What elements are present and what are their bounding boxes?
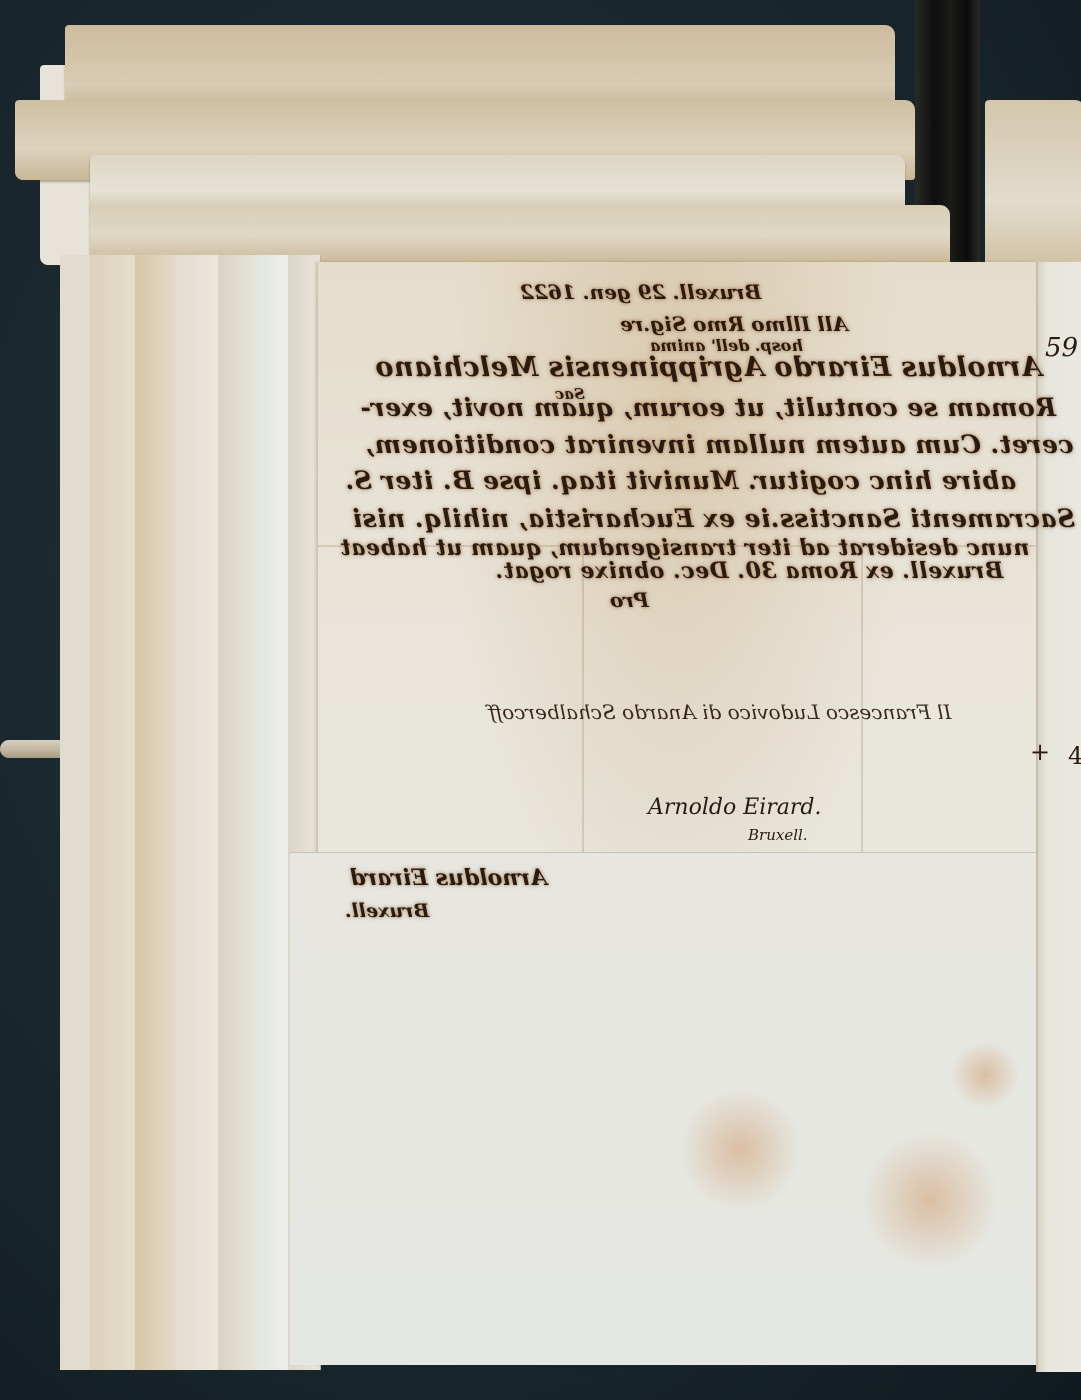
signature-place-mirrored: Bruxell.	[345, 900, 429, 922]
body-line-3: abire hinc cogitur. Munivit itaq. ipse B…	[345, 466, 1016, 495]
addressee-mirrored: Arnoldus Eirardo Agrippinensis Melchiano	[375, 352, 1042, 383]
page-edge-stack	[60, 255, 320, 1370]
margin-partial-mark: 4	[1068, 742, 1081, 770]
foxing-stain	[860, 1130, 1000, 1270]
closing-mirrored: Pro	[610, 588, 649, 612]
signature-name: Arnoldo Eirard.	[648, 795, 822, 820]
foxing-stain	[950, 1040, 1020, 1110]
margin-cross-mark: +	[1030, 738, 1050, 766]
foxing-stain	[680, 1085, 800, 1215]
folio-number: 59	[1045, 333, 1078, 363]
signature-place: Bruxell.	[748, 826, 808, 844]
body-line-6: Bruxell. ex Roma 30. Dec. obnixe rogat.	[495, 558, 1003, 584]
header-salutation-mirrored: All Illmo Rmo Sig.re	[620, 312, 848, 336]
manuscript-photo: Bruxell. 29 gen. 1622 All Illmo Rmo Sig.…	[0, 0, 1081, 1400]
folded-bundle-top	[40, 25, 920, 265]
folded-bundle-right	[985, 100, 1081, 270]
signature-name-mirrored: Arnoldus Eirard	[350, 865, 547, 891]
endorsement-mirrored: Il Francesco Ludovico di Anardo Schalber…	[488, 700, 951, 724]
lower-folded-panel	[290, 852, 1036, 1365]
body-line-2: ceret. Cum autem nullam invenirat condit…	[365, 430, 1074, 459]
header-date-mirrored: Bruxell. 29 gen. 1622	[520, 280, 761, 304]
body-line-1: Romam se contulit, ut eorum, quam novit,…	[360, 393, 1056, 422]
adjacent-folio	[1036, 262, 1081, 1372]
body-line-4: Sacramenti Sanctiss.ie ex Eucharistia, n…	[352, 504, 1075, 533]
